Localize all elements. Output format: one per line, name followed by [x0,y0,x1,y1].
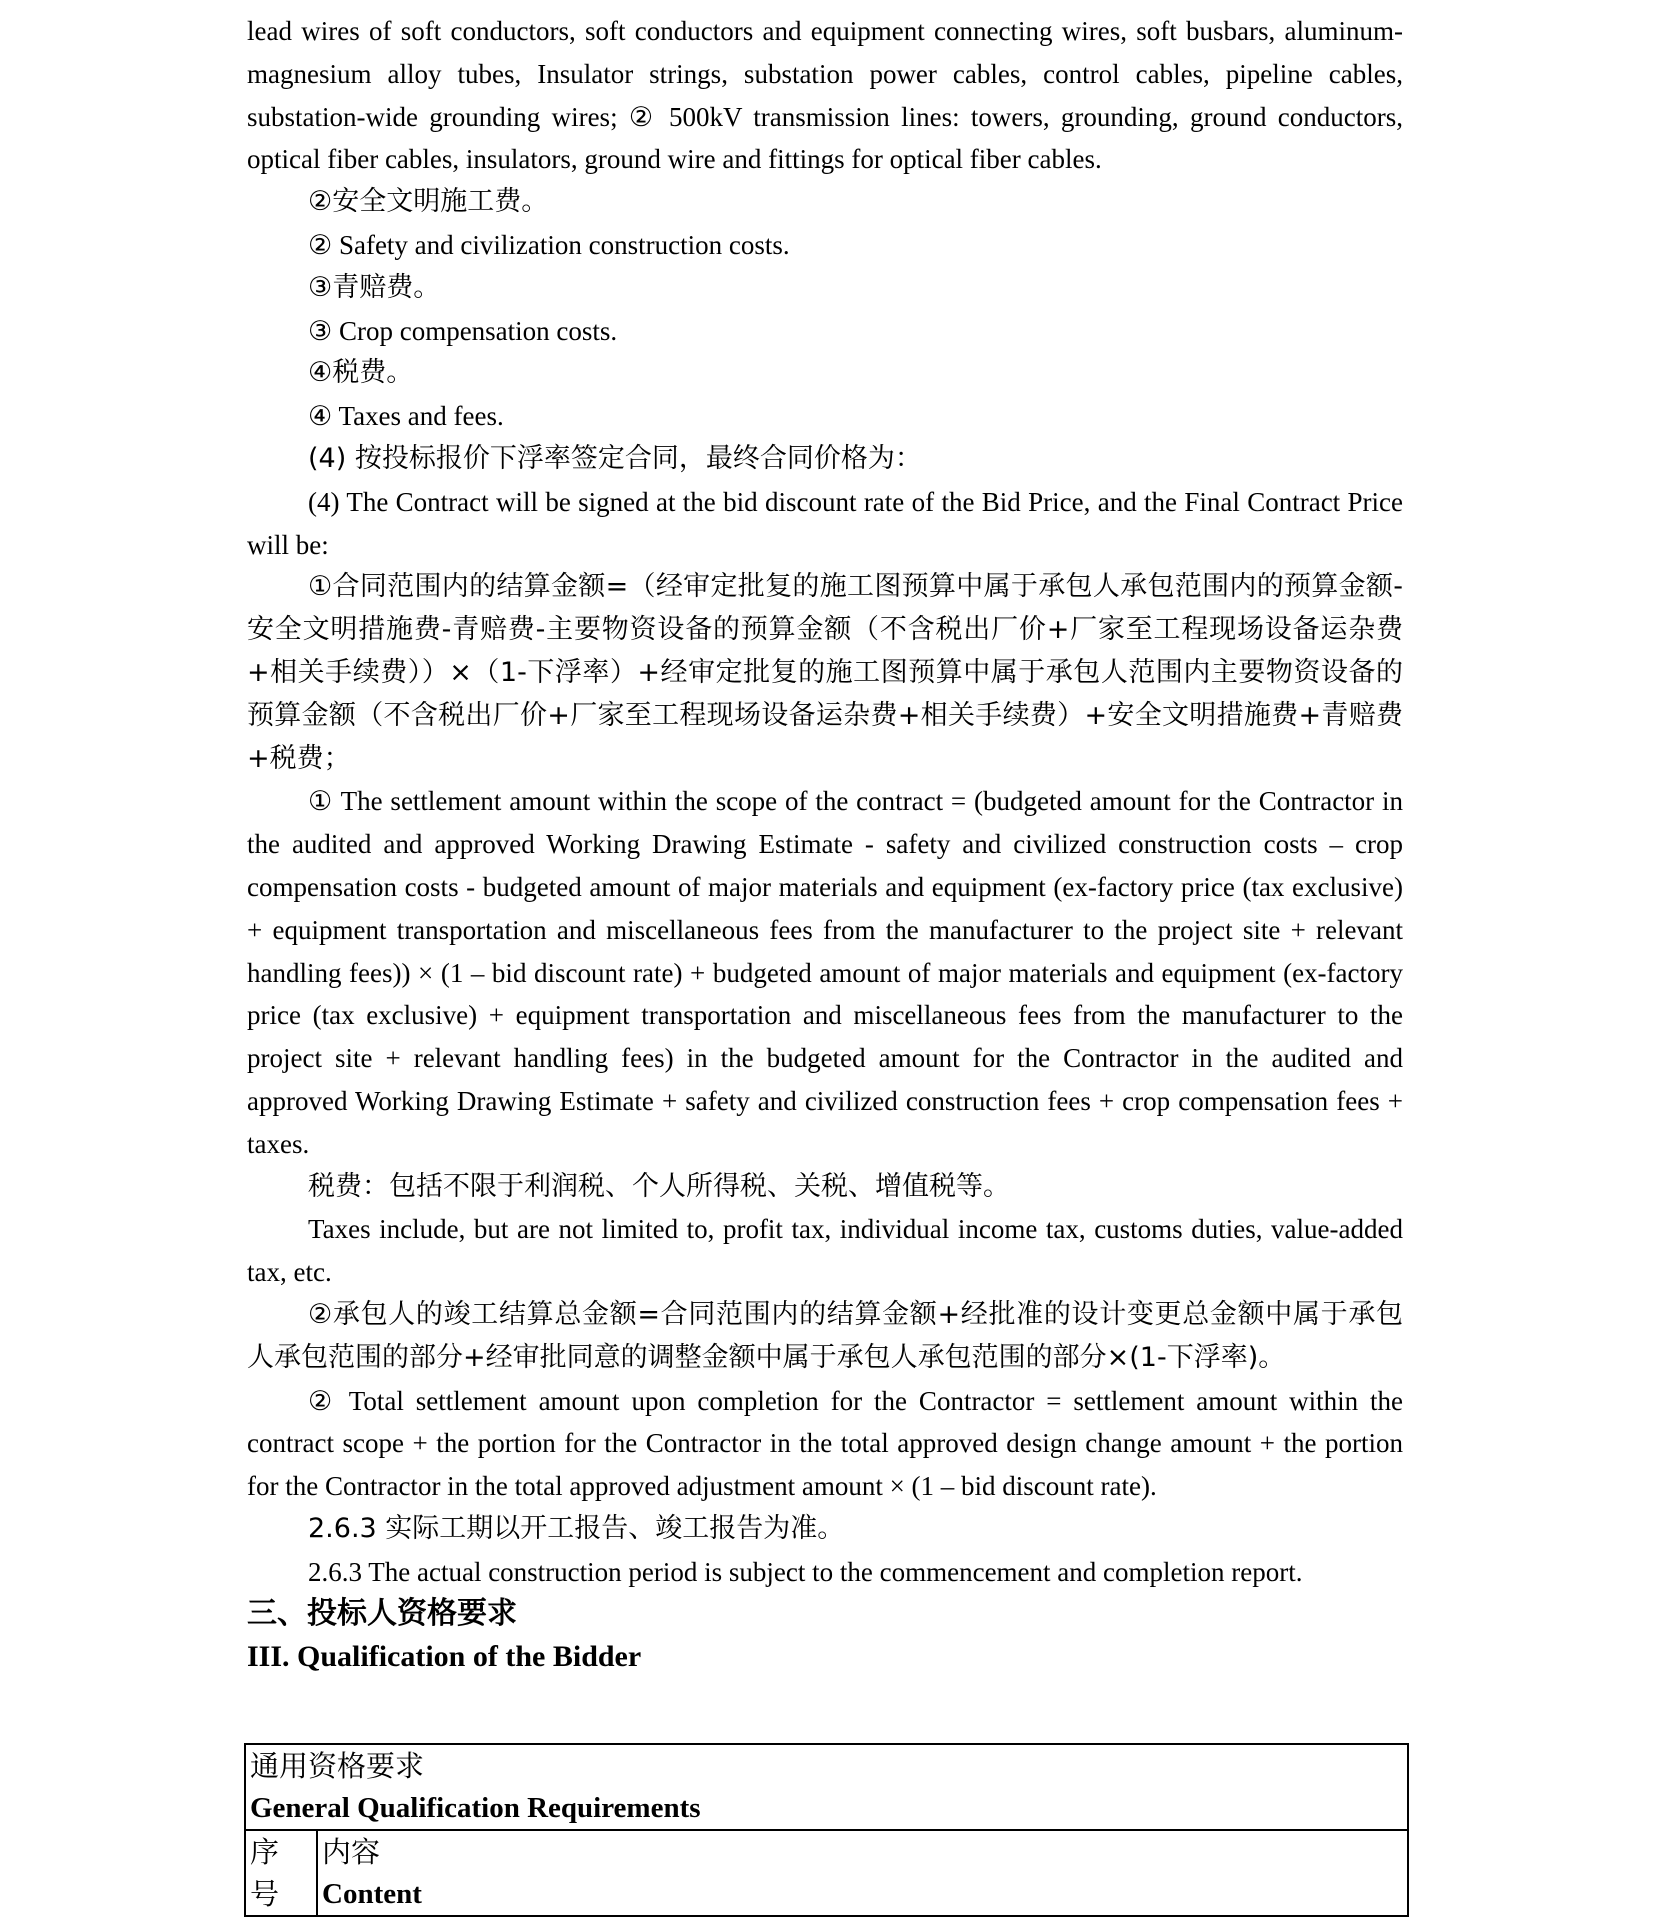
paragraph-safety-cost-en: ② Safety and civilization construction c… [247,224,1403,267]
paragraph-settlement-formula-en: ① The settlement amount within the scope… [247,780,1403,1165]
paragraph-construction-period-zh: 2.6.3 实际工期以开工报告、竣工报告为准。 [247,1508,1403,1551]
paragraph-settlement-formula-zh: ①合同范围内的结算金额=（经审定批复的施工图预算中属于承包人承包范围内的预算金额… [247,566,1403,780]
paragraph-construction-period-en: 2.6.3 The actual construction period is … [247,1551,1403,1594]
paragraph-contract-price-en: (4) The Contract will be signed at the b… [247,481,1403,567]
section-heading-zh: 三、投标人资格要求 [247,1593,1403,1636]
column-header-content: 内容 Content [317,1830,1408,1916]
column-header-content-en: Content [322,1873,1403,1915]
paragraph-total-settlement-en: ② Total settlement amount upon completio… [247,1380,1403,1508]
column-header-serial-line2: 号 [250,1873,312,1915]
paragraph-contract-price-zh: (4) 按投标报价下浮率签定合同，最终合同价格为： [247,438,1403,481]
table-title-zh: 通用资格要求 [250,1745,1403,1787]
paragraph-crop-comp-zh: ③青赔费。 [247,267,1403,310]
paragraph-taxes-en: ④ Taxes and fees. [247,395,1403,438]
paragraph-taxes-include-en: Taxes include, but are not limited to, p… [247,1208,1403,1294]
paragraph-taxes-include-zh: 税费：包括不限于利润税、个人所得税、关税、增值税等。 [247,1166,1403,1209]
paragraph-safety-cost-zh: ②安全文明施工费。 [247,181,1403,224]
table-title-en: General Qualification Requirements [250,1787,1403,1829]
document-page: lead wires of soft conductors, soft cond… [247,10,1403,1679]
section-heading-en: III. Qualification of the Bidder [247,1636,1403,1679]
qualification-table: 通用资格要求 General Qualification Requirement… [244,1743,1409,1917]
paragraph-total-settlement-zh: ②承包人的竣工结算总金额=合同范围内的结算金额+经批准的设计变更总金额中属于承包… [247,1294,1403,1380]
column-header-content-zh: 内容 [322,1831,1403,1873]
column-header-serial: 序 号 [245,1830,317,1916]
paragraph-taxes-zh: ④税费。 [247,352,1403,395]
paragraph-crop-comp-en: ③ Crop compensation costs. [247,310,1403,353]
paragraph-scope-list: lead wires of soft conductors, soft cond… [247,10,1403,181]
column-header-serial-line1: 序 [250,1831,312,1873]
table-title-row: 通用资格要求 General Qualification Requirement… [245,1744,1408,1830]
table-header-row: 序 号 内容 Content [245,1830,1408,1916]
table-title-cell: 通用资格要求 General Qualification Requirement… [245,1744,1408,1830]
